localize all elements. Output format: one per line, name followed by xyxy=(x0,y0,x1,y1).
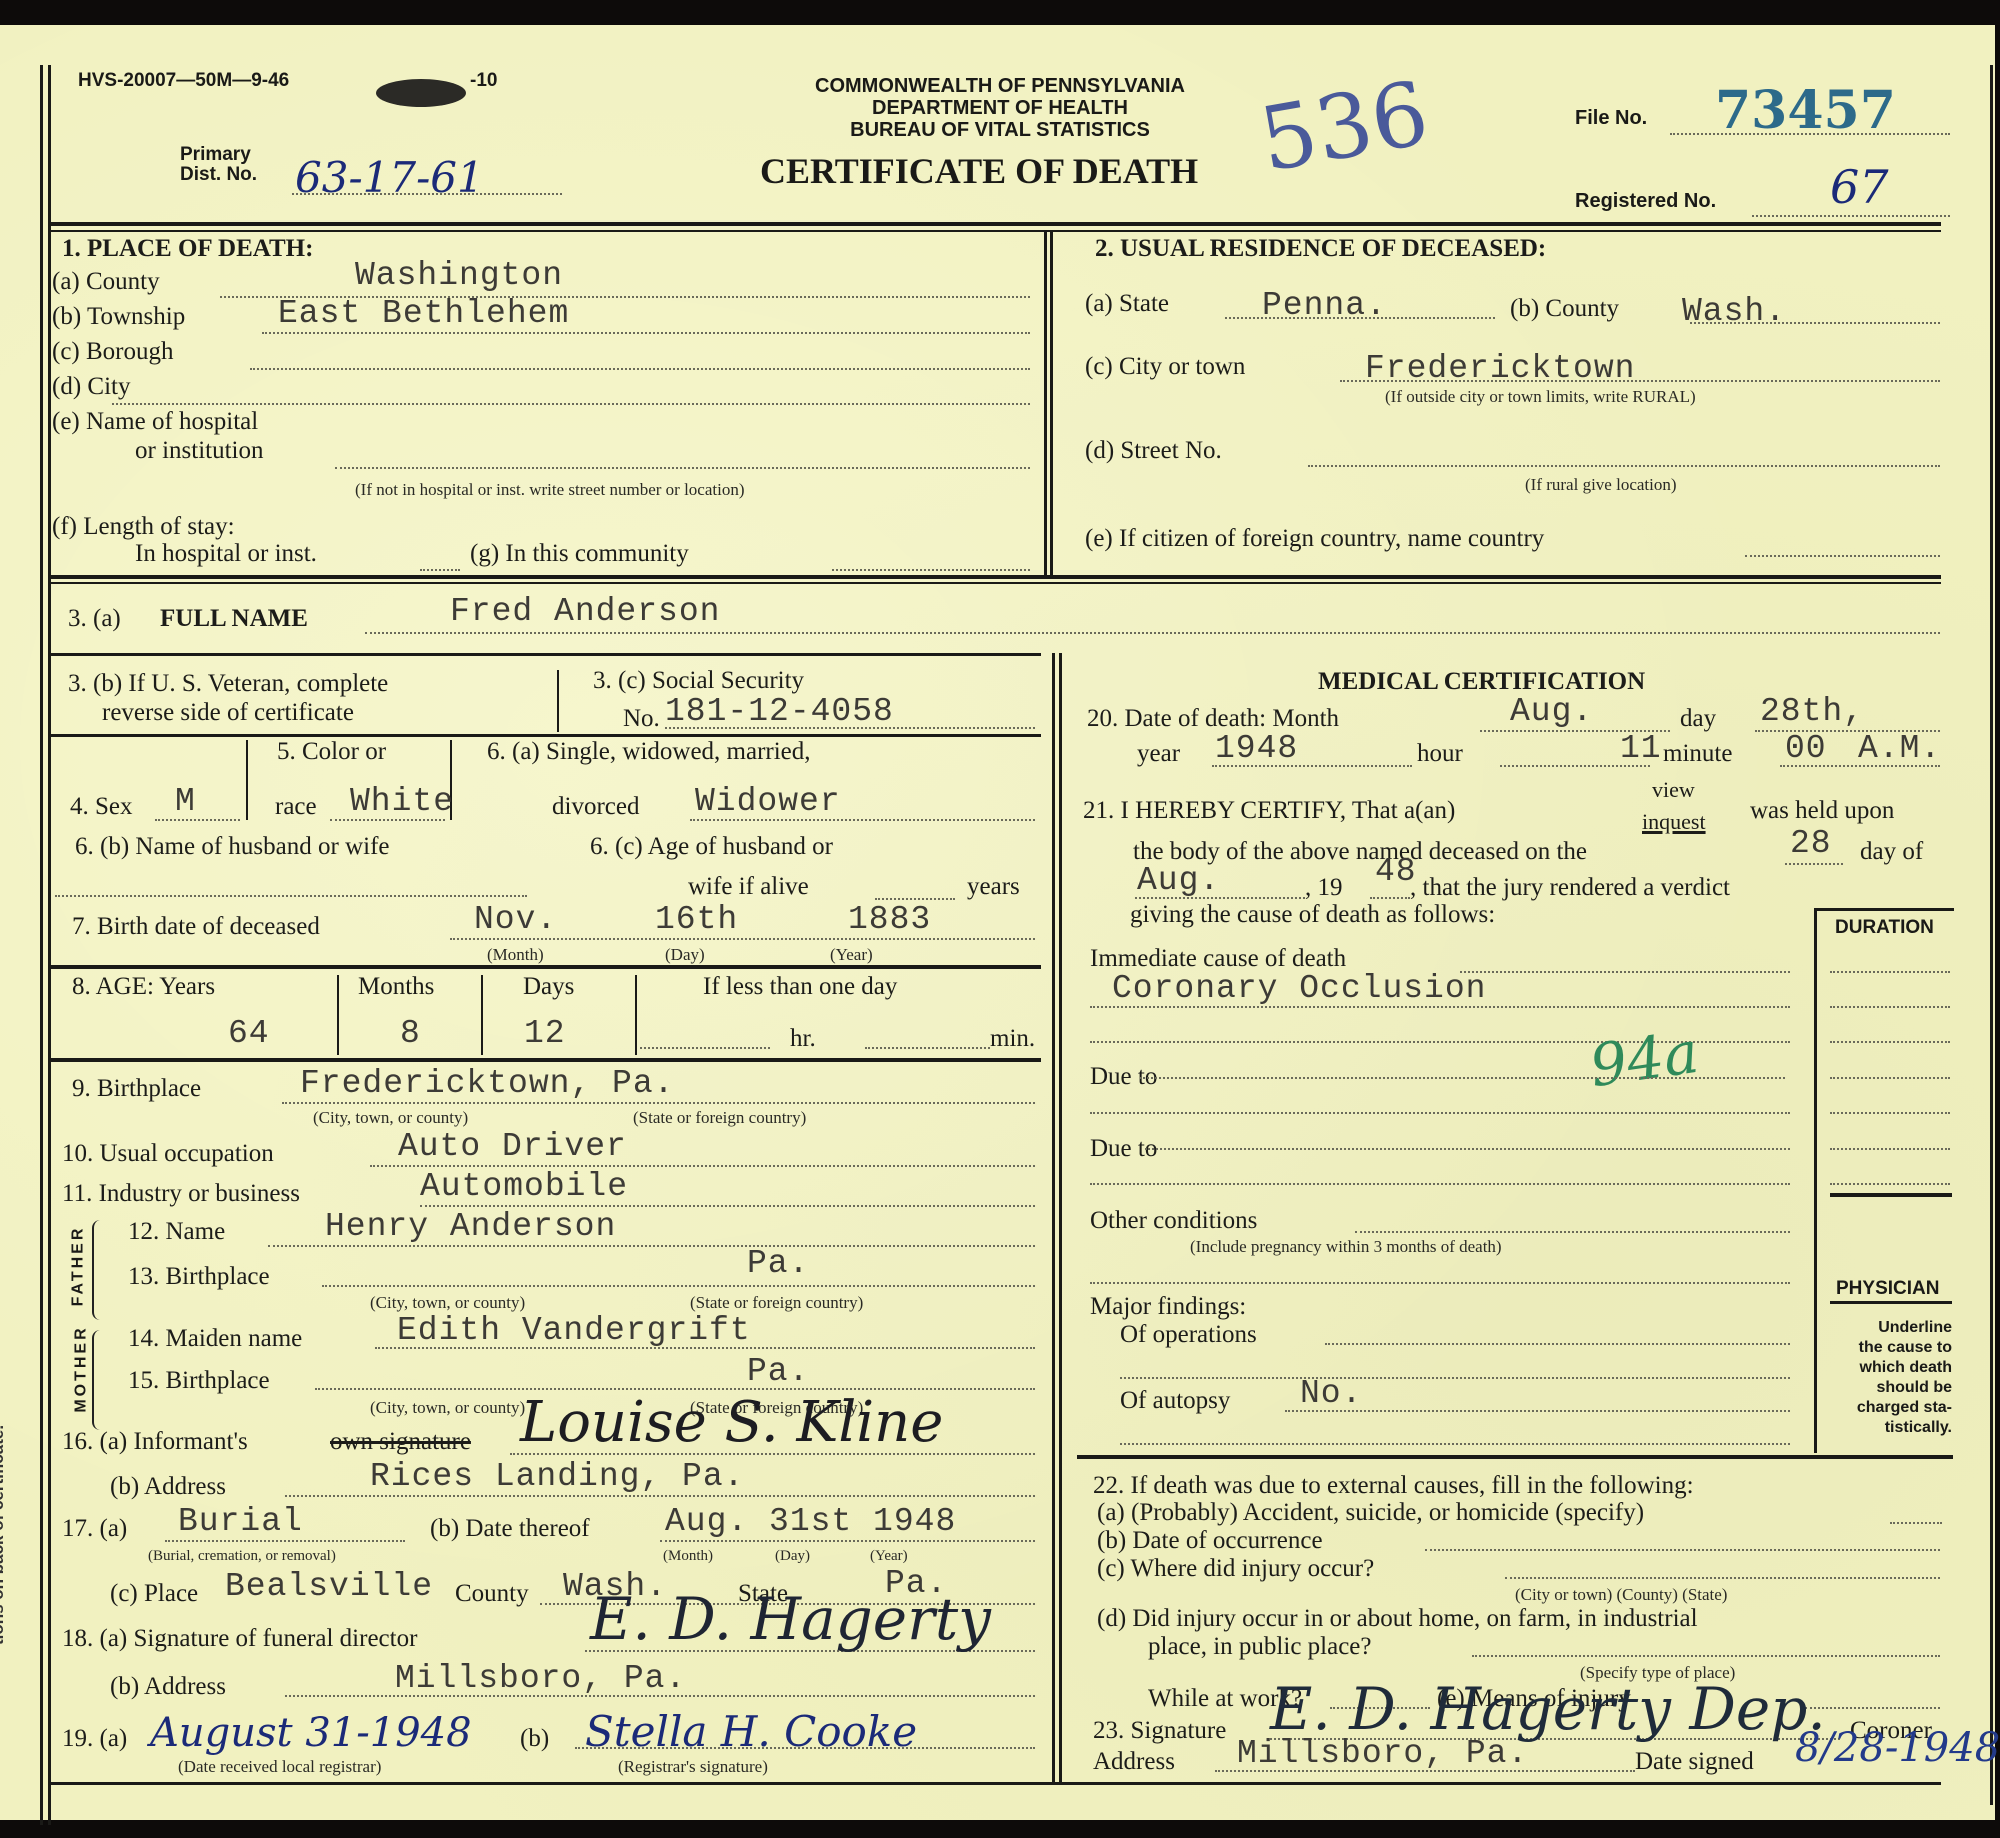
birthplace-state-caption: (State or foreign country) xyxy=(633,1108,806,1128)
physician-note-line: Underline xyxy=(1835,1318,1952,1338)
registered-no-label: Registered No. xyxy=(1575,190,1716,213)
death-hour-label: hour xyxy=(1417,740,1463,768)
autopsy-value[interactable]: No. xyxy=(1300,1375,1362,1412)
duration-box-left xyxy=(1814,908,1817,1453)
father-birthplace-value[interactable]: Pa. xyxy=(747,1245,809,1282)
due-to-line-2[interactable] xyxy=(1145,1148,1790,1150)
mother-side-label: MOTHER xyxy=(73,1325,91,1412)
burial-place-label: (c) Place xyxy=(110,1580,198,1608)
birthplace-label: 9. Birthplace xyxy=(72,1075,201,1103)
burial-place-value[interactable]: Bealsville xyxy=(225,1568,433,1605)
physician-note-line: tistically. xyxy=(1835,1418,1952,1438)
res-state-value[interactable]: Penna. xyxy=(1262,287,1387,324)
certify-text-4: day of xyxy=(1860,838,1923,866)
duration-label: DURATION xyxy=(1835,917,1934,939)
inquest-month-value[interactable]: Aug. xyxy=(1137,862,1220,899)
pod-institution-label: or institution xyxy=(135,437,263,465)
pod-stay-hospital-label: In hospital or inst. xyxy=(135,540,317,568)
external-a-label: (a) (Probably) Accident, suicide, or hom… xyxy=(1097,1499,1644,1527)
father-side-label: FATHER xyxy=(69,1226,87,1307)
registered-no-value: 67 xyxy=(1830,160,1889,214)
ss-label-2: No. xyxy=(623,705,660,733)
pod-city-line[interactable] xyxy=(112,403,1030,405)
other-conditions-label: Other conditions xyxy=(1090,1207,1257,1235)
pod-hospital-note: (If not in hospital or inst. write stree… xyxy=(355,480,745,500)
registrar-signature[interactable]: Stella H. Cooke xyxy=(585,1707,917,1756)
funeral-director-label: 18. (a) Signature of funeral director xyxy=(62,1625,417,1653)
death-day-label: day xyxy=(1680,705,1716,733)
physician-note-line: which death xyxy=(1835,1358,1952,1378)
industry-value[interactable]: Automobile xyxy=(420,1168,628,1205)
due-to-line-1b[interactable] xyxy=(1090,1112,1790,1114)
certify-text-7: giving the cause of death as follows: xyxy=(1130,901,1495,929)
due-to-line-1[interactable] xyxy=(1140,1077,1785,1079)
physician-label: PHYSICIAN xyxy=(1836,1278,1939,1300)
birth-day-caption: (Day) xyxy=(665,945,705,965)
death-year-value[interactable]: 1948 xyxy=(1215,730,1298,767)
inquest-day-value[interactable]: 28 xyxy=(1790,825,1832,862)
res-city-value[interactable]: Fredericktown xyxy=(1365,350,1635,387)
pod-township-value[interactable]: East Bethlehem xyxy=(278,295,569,332)
external-c-caption: (City or town) (County) (State) xyxy=(1515,1585,1727,1605)
other-conditions-note: (Include pregnancy within 3 months of de… xyxy=(1190,1237,1502,1257)
pod-hospital-line[interactable] xyxy=(335,467,1030,469)
res-city-note: (If outside city or town limits, write R… xyxy=(1385,387,1696,407)
father-city-caption: (City, town, or county) xyxy=(370,1293,525,1313)
operations-line-2[interactable] xyxy=(1120,1377,1790,1379)
date-signed-label: Date signed xyxy=(1635,1748,1754,1776)
veteran-ss-divider xyxy=(557,670,559,732)
death-date-label: 20. Date of death: Month xyxy=(1087,705,1339,733)
rule-before-age xyxy=(51,965,1041,969)
burial-county-label: County xyxy=(455,1580,529,1608)
age-divider-3 xyxy=(635,975,637,1055)
immediate-cause-label: Immediate cause of death xyxy=(1090,945,1346,973)
dist-no-label: Dist. No. xyxy=(180,165,257,185)
duration-line-3[interactable] xyxy=(1830,1041,1950,1043)
certify-view-option: view xyxy=(1652,777,1695,803)
age-years-label: 8. AGE: Years xyxy=(72,973,215,1001)
birthplace-line xyxy=(282,1102,1035,1104)
physician-note-line: should be xyxy=(1835,1378,1952,1398)
ss-value[interactable]: 181-12-4058 xyxy=(665,693,894,730)
funeral-address-value[interactable]: Millsboro, Pa. xyxy=(395,1660,686,1697)
registrar-date[interactable]: August 31-1948 xyxy=(150,1710,472,1756)
mother-birthplace-label: 15. Birthplace xyxy=(128,1367,270,1395)
external-d-label-1: (d) Did injury occur in or about home, o… xyxy=(1097,1605,1698,1633)
certify-text-5: , 19 xyxy=(1305,874,1343,902)
agency-commonwealth: COMMONWEALTH OF PENNSYLVANIA xyxy=(740,75,1260,97)
external-b-label: (b) Date of occurrence xyxy=(1097,1527,1323,1555)
father-name-line xyxy=(268,1245,1035,1247)
coroner-signature-label: 23. Signature xyxy=(1093,1717,1226,1745)
rule-after-age xyxy=(51,1058,1041,1062)
external-a-line[interactable] xyxy=(1890,1522,1942,1524)
burial-value[interactable]: Burial xyxy=(178,1503,303,1540)
external-b-line[interactable] xyxy=(1425,1549,1940,1551)
operations-label: Of operations xyxy=(1120,1321,1257,1349)
mother-city-caption: (City, town, or county) xyxy=(370,1398,525,1418)
right-border-line xyxy=(1990,65,1993,1805)
residence-heading: 2. USUAL RESIDENCE OF DECEASED: xyxy=(1095,235,1546,263)
res-state-label: (a) State xyxy=(1085,290,1169,318)
mother-name-value[interactable]: Edith Vandergrift xyxy=(397,1312,751,1349)
physician-note-line: the cause to xyxy=(1835,1338,1952,1358)
birth-date-line xyxy=(450,938,1035,940)
informant-address-line xyxy=(285,1495,1035,1497)
medical-divider-2 xyxy=(1059,653,1062,1783)
age-days-value[interactable]: 12 xyxy=(524,1015,566,1052)
rule-after-sec1-2 xyxy=(51,582,1941,584)
sex-value[interactable]: M xyxy=(175,783,196,820)
sex-race-divider xyxy=(246,740,248,820)
registrar-date-caption: (Date received local registrar) xyxy=(178,1757,381,1777)
autopsy-line-2[interactable] xyxy=(1120,1443,1790,1445)
pod-stay-label: (f) Length of stay: xyxy=(52,513,235,541)
spouse-age-unit: years xyxy=(967,873,1020,901)
external-c-label: (c) Where did injury occur? xyxy=(1097,1555,1374,1583)
funeral-director-signature[interactable]: E. D. Hagerty xyxy=(590,1585,991,1653)
left-border-line xyxy=(40,65,43,1825)
certify-text-1: 21. I HEREBY CERTIFY, That a(an) xyxy=(1083,797,1455,825)
ss-label-1: 3. (c) Social Security xyxy=(593,667,804,695)
death-month-value[interactable]: Aug. xyxy=(1510,693,1593,730)
spouse-name-line[interactable] xyxy=(55,895,527,897)
birth-year-caption: (Year) xyxy=(830,945,873,965)
res-foreign-line[interactable] xyxy=(1745,555,1940,557)
registered-no-line xyxy=(1752,215,1950,217)
other-conditions-line-2[interactable] xyxy=(1090,1282,1790,1284)
agency-block: COMMONWEALTH OF PENNSYLVANIA DEPARTMENT … xyxy=(740,75,1260,141)
marital-label-1: 6. (a) Single, widowed, married, xyxy=(487,738,811,766)
death-ampm-value[interactable]: A.M. xyxy=(1858,730,1941,767)
code-mark: 94a xyxy=(1586,1018,1703,1100)
immediate-cause-line-1 xyxy=(1460,971,1790,973)
age-months-value[interactable]: 8 xyxy=(400,1015,421,1052)
coroner-signature[interactable]: E. D. Hagerty Dep. xyxy=(1270,1675,1826,1743)
birth-date-label: 7. Birth date of deceased xyxy=(72,913,320,941)
inquest-day-line xyxy=(1785,863,1843,865)
place-of-death-heading: 1. PLACE OF DEATH: xyxy=(62,235,313,263)
duration-line-4[interactable] xyxy=(1830,1077,1950,1079)
father-name-value[interactable]: Henry Anderson xyxy=(325,1208,616,1245)
due-to-line-2b[interactable] xyxy=(1090,1183,1790,1185)
pod-township-label: (b) Township xyxy=(52,303,185,331)
physician-rule xyxy=(1830,1301,1952,1304)
mother-brace-icon xyxy=(92,1330,108,1430)
burial-label: 17. (a) xyxy=(62,1515,127,1543)
spouse-name-label: 6. (b) Name of husband or wife xyxy=(75,833,390,861)
occupation-line xyxy=(370,1165,1035,1167)
age-days-label: Days xyxy=(523,973,574,1001)
burial-year-caption: (Year) xyxy=(870,1548,908,1565)
death-minute-value[interactable]: 00 xyxy=(1785,730,1827,767)
informant-signature[interactable]: Louise S. Kline xyxy=(520,1390,943,1455)
left-border-line-2 xyxy=(48,65,51,1825)
pod-stay-community-label: (g) In this community xyxy=(470,540,689,568)
agency-department: DEPARTMENT OF HEALTH xyxy=(740,97,1260,119)
pod-borough-line[interactable] xyxy=(250,368,1030,370)
union-label-suffix: -10 xyxy=(470,70,497,92)
age-years-value[interactable]: 64 xyxy=(228,1015,270,1052)
header-rule xyxy=(51,222,1941,226)
death-hour-value[interactable]: 11 xyxy=(1620,730,1662,767)
pod-stay-community-line[interactable] xyxy=(832,569,1030,571)
registrar-num: 19. (a) xyxy=(62,1725,127,1753)
rule-before-external xyxy=(1077,1455,1953,1459)
sex-line xyxy=(155,819,240,821)
medical-heading: MEDICAL CERTIFICATION xyxy=(1318,668,1645,696)
informant-label: 16. (a) Informant's xyxy=(62,1428,248,1456)
birth-month-value[interactable]: Nov. xyxy=(474,901,557,938)
physician-note-line: charged sta- xyxy=(1835,1398,1952,1418)
burial-line xyxy=(165,1540,405,1542)
bottom-rule xyxy=(51,1782,1941,1785)
duration-line-1[interactable] xyxy=(1830,971,1950,973)
age-less-day-label: If less than one day xyxy=(703,973,897,1001)
res-street-label: (d) Street No. xyxy=(1085,437,1222,465)
external-d-label-2: place, in public place? xyxy=(1148,1633,1372,1661)
file-no-value: 73457 xyxy=(1715,80,1896,141)
agency-bureau: BUREAU OF VITAL STATISTICS xyxy=(740,119,1260,141)
age-min-line[interactable] xyxy=(865,1047,990,1049)
handwritten-number: 536 xyxy=(1252,61,1435,192)
autopsy-label: Of autopsy xyxy=(1120,1387,1230,1415)
primary-dist-label: Primary Dist. No. xyxy=(180,145,257,185)
external-c-line[interactable] xyxy=(1505,1577,1940,1579)
age-hr-label: hr. xyxy=(790,1025,816,1053)
birthplace-value[interactable]: Fredericktown, Pa. xyxy=(300,1065,674,1102)
major-findings-label: Major findings: xyxy=(1090,1293,1246,1321)
section-divider xyxy=(1044,230,1047,575)
res-foreign-label: (e) If citizen of foreign country, name … xyxy=(1085,525,1544,553)
certify-text-6: , that the jury rendered a verdict xyxy=(1410,874,1730,902)
pod-county-label: (a) County xyxy=(52,268,160,296)
medical-divider xyxy=(1052,653,1055,1783)
mother-name-label: 14. Maiden name xyxy=(128,1325,302,1353)
primary-label: Primary xyxy=(180,145,257,165)
spouse-age-label-2: wife if alive xyxy=(688,873,809,901)
veteran-label-1: 3. (b) If U. S. Veteran, complete xyxy=(68,670,388,698)
duration-line-2[interactable] xyxy=(1830,1006,1950,1008)
registrar-b-label: (b) xyxy=(520,1725,549,1753)
age-hr-line[interactable] xyxy=(640,1047,770,1049)
death-day-value[interactable]: 28th, xyxy=(1760,693,1864,730)
burial-day-caption: (Day) xyxy=(775,1548,810,1565)
burial-caption: (Burial, cremation, or removal) xyxy=(148,1548,336,1565)
father-name-label: 12. Name xyxy=(128,1218,225,1246)
burial-date-value[interactable]: Aug. 31st 1948 xyxy=(665,1503,956,1540)
header-rule-2 xyxy=(51,230,1941,232)
duration-line-6[interactable] xyxy=(1830,1148,1950,1150)
pod-city-label: (d) City xyxy=(52,373,130,401)
death-year-label: year xyxy=(1137,740,1180,768)
father-state-caption: (State or foreign country) xyxy=(690,1293,863,1313)
race-value[interactable]: White xyxy=(350,783,454,820)
section-divider-2 xyxy=(1050,230,1053,575)
burial-month-caption: (Month) xyxy=(663,1548,713,1565)
marital-value[interactable]: Widower xyxy=(695,783,841,820)
industry-line xyxy=(420,1205,1035,1207)
coroner-address-value[interactable]: Millsboro, Pa. xyxy=(1237,1735,1528,1772)
burial-date-label: (b) Date thereof xyxy=(430,1515,590,1543)
full-name-label: FULL NAME xyxy=(160,605,308,633)
operations-line[interactable] xyxy=(1325,1343,1790,1345)
rule-after-sec1 xyxy=(51,575,1941,579)
duration-line-7[interactable] xyxy=(1830,1183,1950,1185)
pod-township-line xyxy=(262,332,1030,334)
margin-side-text: tions on back of certificate. xyxy=(0,1425,8,1645)
physician-note: Underline the cause to which death shoul… xyxy=(1835,1318,1952,1438)
birth-month-caption: (Month) xyxy=(487,945,544,965)
res-street-line[interactable] xyxy=(1308,465,1940,467)
birth-day-value[interactable]: 16th xyxy=(655,901,738,938)
marital-label-2: divorced xyxy=(552,793,639,821)
industry-label: 11. Industry or business xyxy=(62,1180,300,1208)
duration-box-top xyxy=(1814,908,1954,911)
res-county-label: (b) County xyxy=(1510,295,1619,323)
res-county-value[interactable]: Wash. xyxy=(1682,293,1786,330)
date-signed-value[interactable]: 8/28-1948 xyxy=(1795,1725,2000,1771)
form-code: HVS-20007—50M—9-46 xyxy=(78,70,289,92)
sex-label: 4. Sex xyxy=(70,793,133,821)
certificate-title: CERTIFICATE OF DEATH xyxy=(760,150,1198,192)
age-divider-1 xyxy=(337,975,339,1055)
informant-address-value[interactable]: Rices Landing, Pa. xyxy=(370,1458,744,1495)
coroner-address-label: Address xyxy=(1093,1748,1175,1776)
burial-date-line xyxy=(660,1540,1035,1542)
certify-text-2: was held upon xyxy=(1750,797,1894,825)
spouse-age-line[interactable] xyxy=(875,898,955,900)
file-no-label: File No. xyxy=(1575,107,1647,130)
pod-stay-hospital-line[interactable] xyxy=(420,569,460,571)
veteran-label-2: reverse side of certificate xyxy=(102,699,354,727)
occupation-label: 10. Usual occupation xyxy=(62,1140,274,1168)
union-label-icon xyxy=(376,79,466,107)
external-heading: 22. If death was due to external causes,… xyxy=(1093,1472,1694,1500)
duration-line-5[interactable] xyxy=(1830,1112,1950,1114)
res-street-note: (If rural give location) xyxy=(1525,475,1677,495)
full-name-num: 3. (a) xyxy=(68,605,121,633)
pod-hospital-label: (e) Name of hospital xyxy=(52,408,258,436)
res-city-label: (c) City or town xyxy=(1085,353,1245,381)
inquest-year-line xyxy=(1370,897,1410,899)
father-birthplace-label: 13. Birthplace xyxy=(128,1263,270,1291)
informant-address-label: (b) Address xyxy=(110,1473,226,1501)
registrar-sig-caption: (Registrar's signature) xyxy=(618,1757,768,1777)
father-brace-icon xyxy=(92,1220,108,1320)
pod-county-value[interactable]: Washington xyxy=(355,257,563,294)
spouse-age-label-1: 6. (c) Age of husband or xyxy=(590,833,833,861)
color-label-2: race xyxy=(275,793,317,821)
birth-year-value[interactable]: 1883 xyxy=(848,901,931,938)
color-label-1: 5. Color or xyxy=(277,738,386,766)
pod-borough-label: (c) Borough xyxy=(52,338,174,366)
age-divider-2 xyxy=(481,975,483,1055)
other-conditions-line[interactable] xyxy=(1355,1231,1790,1233)
rule-after-name xyxy=(51,653,1041,656)
death-certificate: tions on back of certificate. HVS-20007—… xyxy=(0,25,1995,1820)
informant-struck-label: own signature xyxy=(330,1428,471,1456)
birthplace-city-caption: (City, town, or county) xyxy=(313,1108,468,1128)
mother-birthplace-value[interactable]: Pa. xyxy=(747,1353,809,1390)
full-name-value[interactable]: Fred Anderson xyxy=(450,593,720,630)
duration-end-rule xyxy=(1830,1193,1952,1197)
age-min-label: min. xyxy=(990,1025,1035,1053)
primary-dist-value: 63-17-61 xyxy=(295,153,484,202)
father-birthplace-line xyxy=(322,1285,1035,1287)
funeral-address-label: (b) Address xyxy=(110,1673,226,1701)
external-d-line[interactable] xyxy=(1472,1655,1940,1657)
rule-after-ss xyxy=(51,734,1041,737)
death-minute-label: minute xyxy=(1663,740,1732,768)
occupation-value[interactable]: Auto Driver xyxy=(398,1128,627,1165)
age-months-label: Months xyxy=(358,973,434,1001)
full-name-line xyxy=(365,632,1940,634)
immediate-cause-value[interactable]: Coronary Occlusion xyxy=(1112,970,1486,1007)
certify-inquest-option: inquest xyxy=(1642,809,1706,835)
